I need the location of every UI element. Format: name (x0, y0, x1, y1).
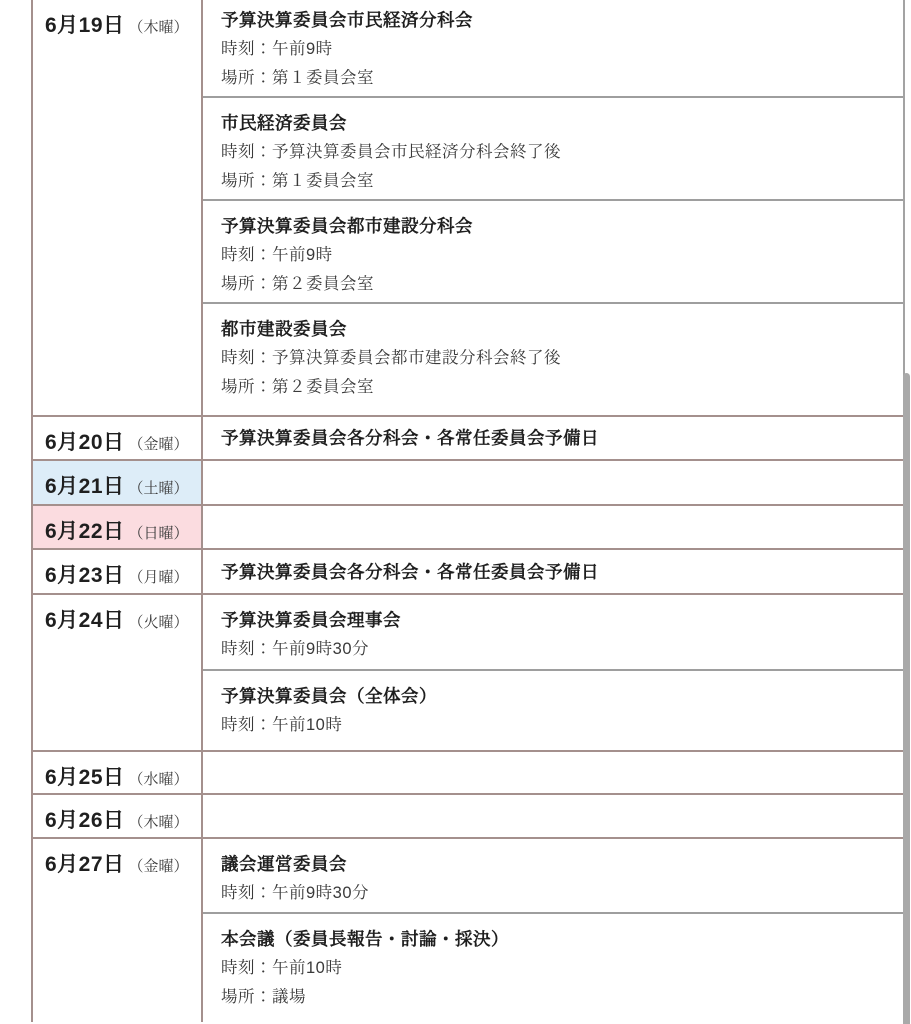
date-label: 6月21日 (45, 475, 125, 498)
event-title: 予算決算委員会都市建設分科会 (221, 211, 893, 241)
weekday-label: （水曜） (129, 771, 189, 788)
date-cell: 6月23日（月曜） (33, 550, 203, 593)
event-item: 本会議（委員長報告・討論・採決） 時刻：午前10時場所：議場 (203, 912, 903, 1022)
date-cell: 6月19日（木曜） (33, 0, 203, 415)
table-row: 6月27日（金曜） 議会運営委員会 時刻：午前9時30分 本会議（委員長報告・討… (33, 839, 903, 1022)
date-cell: 6月25日（水曜） (33, 752, 203, 793)
event-title: 予算決算委員会（全体会） (221, 681, 893, 711)
table-row: 6月23日（月曜） 予算決算委員会各分科会・各常任委員会予備日 (33, 550, 903, 595)
event-details: 時刻：午前10時場所：議場 (221, 954, 893, 1011)
event-time: 時刻：午前9時30分 (221, 879, 893, 908)
date-label: 6月20日 (45, 431, 125, 454)
event-details: 時刻：午前10時 (221, 711, 893, 740)
date-cell: 6月26日（木曜） (33, 795, 203, 837)
event-time: 時刻：午前9時30分 (221, 635, 893, 664)
event-details: 時刻：予算決算委員会市民経済分科会終了後場所：第１委員会室 (221, 138, 893, 195)
date-cell: 6月27日（金曜） (33, 839, 203, 1022)
weekday-label: （金曜） (129, 436, 189, 453)
event-place: 場所：第１委員会室 (221, 64, 893, 93)
content-cell (203, 506, 903, 548)
event-details: 時刻：予算決算委員会都市建設分科会終了後場所：第２委員会室 (221, 344, 893, 401)
weekday-label: （日曜） (129, 525, 189, 542)
event-title: 市民経済委員会 (221, 108, 893, 138)
content-cell (203, 795, 903, 837)
event-details: 時刻：午前9時30分 (221, 635, 893, 664)
event-item: 予算決算委員会理事会 時刻：午前9時30分 (203, 595, 903, 669)
event-item: 予算決算委員会都市建設分科会 時刻：午前9時場所：第２委員会室 (203, 199, 903, 302)
event-details: 時刻：午前9時場所：第１委員会室 (221, 35, 893, 92)
event-item: 予算決算委員会（全体会） 時刻：午前10時 (203, 669, 903, 750)
event-details: 時刻：午前9時30分 (221, 879, 893, 908)
table-row: 6月21日（土曜） (33, 461, 903, 506)
event-title: 本会議（委員長報告・討論・採決） (221, 924, 893, 954)
schedule-table: 6月19日（木曜） 予算決算委員会市民経済分科会 時刻：午前9時場所：第１委員会… (31, 0, 905, 1022)
event-time: 時刻：午前10時 (221, 954, 893, 983)
date-label: 6月19日 (45, 14, 125, 37)
event-place: 場所：第２委員会室 (221, 270, 893, 299)
event-place: 場所：第２委員会室 (221, 373, 893, 402)
weekday-label: （月曜） (129, 569, 189, 586)
content-cell (203, 752, 903, 793)
event-title: 予算決算委員会各分科会・各常任委員会予備日 (221, 557, 893, 587)
event-time: 時刻：午前9時 (221, 241, 893, 270)
event-item: 予算決算委員会各分科会・各常任委員会予備日 (203, 557, 903, 587)
weekday-label: （金曜） (129, 858, 189, 875)
event-place: 場所：議場 (221, 983, 893, 1012)
content-cell: 予算決算委員会各分科会・各常任委員会予備日 (203, 417, 903, 459)
date-cell: 6月21日（土曜） (33, 461, 203, 504)
content-cell: 予算決算委員会市民経済分科会 時刻：午前9時場所：第１委員会室 市民経済委員会 … (203, 0, 903, 415)
event-title: 都市建設委員会 (221, 314, 893, 344)
event-item: 都市建設委員会 時刻：予算決算委員会都市建設分科会終了後場所：第２委員会室 (203, 302, 903, 415)
event-item: 市民経済委員会 時刻：予算決算委員会市民経済分科会終了後場所：第１委員会室 (203, 96, 903, 199)
content-cell: 予算決算委員会理事会 時刻：午前9時30分 予算決算委員会（全体会） 時刻：午前… (203, 595, 903, 750)
event-item: 予算決算委員会各分科会・各常任委員会予備日 (203, 423, 903, 453)
date-label: 6月25日 (45, 766, 125, 789)
event-time: 時刻：予算決算委員会市民経済分科会終了後 (221, 138, 893, 167)
date-label: 6月26日 (45, 809, 125, 832)
table-row: 6月25日（水曜） (33, 752, 903, 795)
event-title: 予算決算委員会理事会 (221, 605, 893, 635)
date-cell: 6月20日（金曜） (33, 417, 203, 459)
table-row: 6月20日（金曜） 予算決算委員会各分科会・各常任委員会予備日 (33, 417, 903, 461)
event-title: 予算決算委員会市民経済分科会 (221, 5, 893, 35)
table-row: 6月22日（日曜） (33, 506, 903, 550)
scrollbar-thumb[interactable] (903, 373, 910, 1024)
event-time: 時刻：予算決算委員会都市建設分科会終了後 (221, 344, 893, 373)
event-title: 議会運営委員会 (221, 849, 893, 879)
date-label: 6月27日 (45, 853, 125, 876)
event-item: 議会運営委員会 時刻：午前9時30分 (203, 839, 903, 912)
table-row: 6月26日（木曜） (33, 795, 903, 839)
date-cell: 6月22日（日曜） (33, 506, 203, 548)
event-item: 予算決算委員会市民経済分科会 時刻：午前9時場所：第１委員会室 (203, 0, 903, 96)
event-time: 時刻：午前9時 (221, 35, 893, 64)
date-label: 6月22日 (45, 520, 125, 543)
event-time: 時刻：午前10時 (221, 711, 893, 740)
date-label: 6月24日 (45, 609, 125, 632)
weekday-label: （火曜） (129, 614, 189, 631)
event-details: 時刻：午前9時場所：第２委員会室 (221, 241, 893, 298)
date-cell: 6月24日（火曜） (33, 595, 203, 750)
date-label: 6月23日 (45, 564, 125, 587)
weekday-label: （土曜） (129, 480, 189, 497)
event-title: 予算決算委員会各分科会・各常任委員会予備日 (221, 423, 893, 453)
content-cell: 議会運営委員会 時刻：午前9時30分 本会議（委員長報告・討論・採決） 時刻：午… (203, 839, 903, 1022)
weekday-label: （木曜） (129, 19, 189, 36)
event-place: 場所：第１委員会室 (221, 167, 893, 196)
table-row: 6月24日（火曜） 予算決算委員会理事会 時刻：午前9時30分 予算決算委員会（… (33, 595, 903, 752)
table-row: 6月19日（木曜） 予算決算委員会市民経済分科会 時刻：午前9時場所：第１委員会… (33, 0, 903, 417)
content-cell (203, 461, 903, 504)
content-cell: 予算決算委員会各分科会・各常任委員会予備日 (203, 550, 903, 593)
page: 6月19日（木曜） 予算決算委員会市民経済分科会 時刻：午前9時場所：第１委員会… (0, 0, 911, 1024)
weekday-label: （木曜） (129, 814, 189, 831)
